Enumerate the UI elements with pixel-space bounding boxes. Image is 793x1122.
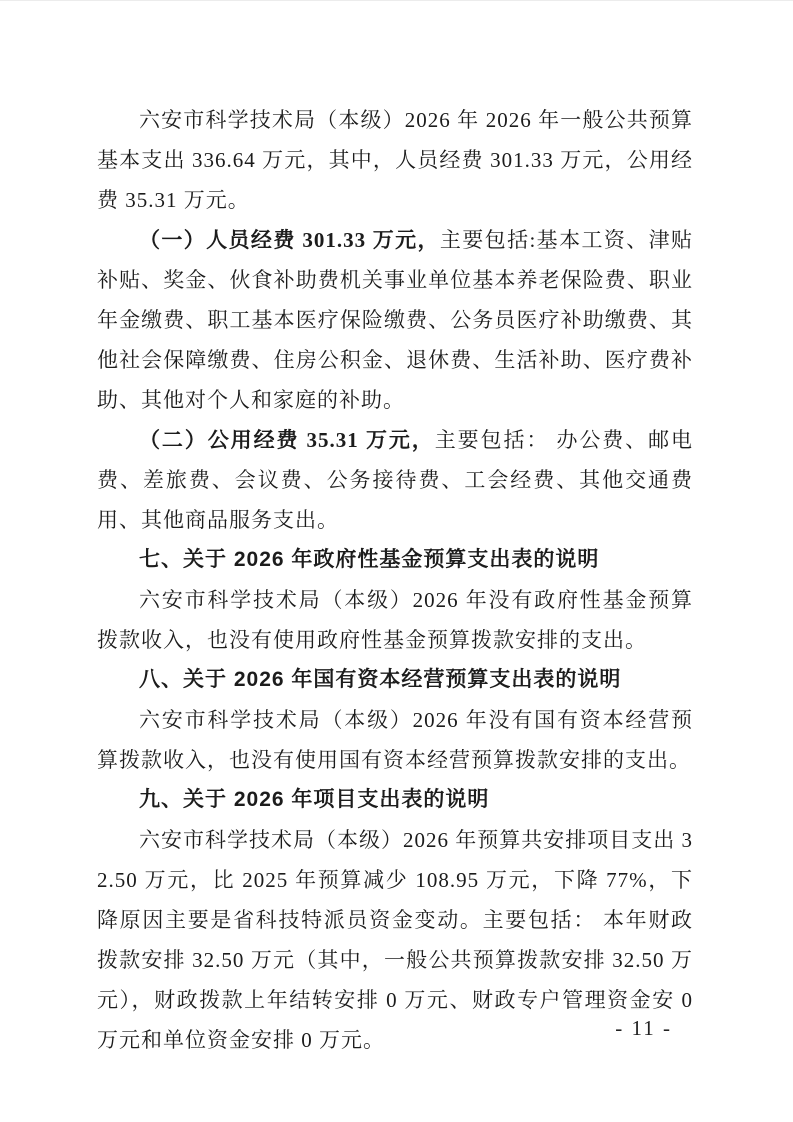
text-run: 六安市科学技术局（本级）2026 年没有政府性基金预算拨款收入，也没有使用政府性… bbox=[97, 588, 693, 652]
page-number: - 11 - bbox=[615, 1013, 672, 1043]
body-paragraph: （二）公用经费 35.31 万元，主要包括： 办公费、邮电费、差旅费、会议费、公… bbox=[97, 420, 693, 540]
emphasis-text-run: 七、关于 2026 年政府性基金预算支出表的说明 bbox=[139, 548, 599, 571]
text-run: 六安市科学技术局（本级）2026 年 2026 年一般公共预算基本支出 336.… bbox=[97, 108, 693, 212]
document-page: 六安市科学技术局（本级）2026 年 2026 年一般公共预算基本支出 336.… bbox=[0, 0, 793, 1122]
text-run: 六安市科学技术局（本级）2026 年没有国有资本经营预算拨款收入，也没有使用国有… bbox=[97, 708, 693, 772]
text-run: 六安市科学技术局（本级）2026 年预算共安排项目支出 32.50 万元，比 2… bbox=[97, 828, 693, 1052]
body-paragraph: （一）人员经费 301.33 万元，主要包括:基本工资、津贴补贴、奖金、伙食补助… bbox=[97, 220, 693, 420]
emphasis-text-run: 八、关于 2026 年国有资本经营预算支出表的说明 bbox=[139, 668, 621, 691]
body-paragraph: 六安市科学技术局（本级）2026 年没有政府性基金预算拨款收入，也没有使用政府性… bbox=[97, 580, 693, 660]
body-paragraph: 六安市科学技术局（本级）2026 年预算共安排项目支出 32.50 万元，比 2… bbox=[97, 820, 693, 1060]
section-heading: 九、关于 2026 年项目支出表的说明 bbox=[97, 780, 693, 820]
body-paragraph: 六安市科学技术局（本级）2026 年没有国有资本经营预算拨款收入，也没有使用国有… bbox=[97, 700, 693, 780]
emphasis-text-run: 九、关于 2026 年项目支出表的说明 bbox=[139, 788, 489, 811]
body-paragraph: 六安市科学技术局（本级）2026 年 2026 年一般公共预算基本支出 336.… bbox=[97, 100, 693, 220]
section-heading: 七、关于 2026 年政府性基金预算支出表的说明 bbox=[97, 540, 693, 580]
emphasis-text-run: （二）公用经费 35.31 万元， bbox=[139, 428, 435, 452]
section-heading: 八、关于 2026 年国有资本经营预算支出表的说明 bbox=[97, 660, 693, 700]
text-run: 主要包括:基本工资、津贴补贴、奖金、伙食补助费机关事业单位基本养老保险费、职业年… bbox=[97, 228, 693, 412]
emphasis-text-run: （一）人员经费 301.33 万元， bbox=[139, 228, 440, 252]
document-body: 六安市科学技术局（本级）2026 年 2026 年一般公共预算基本支出 336.… bbox=[97, 100, 693, 1060]
